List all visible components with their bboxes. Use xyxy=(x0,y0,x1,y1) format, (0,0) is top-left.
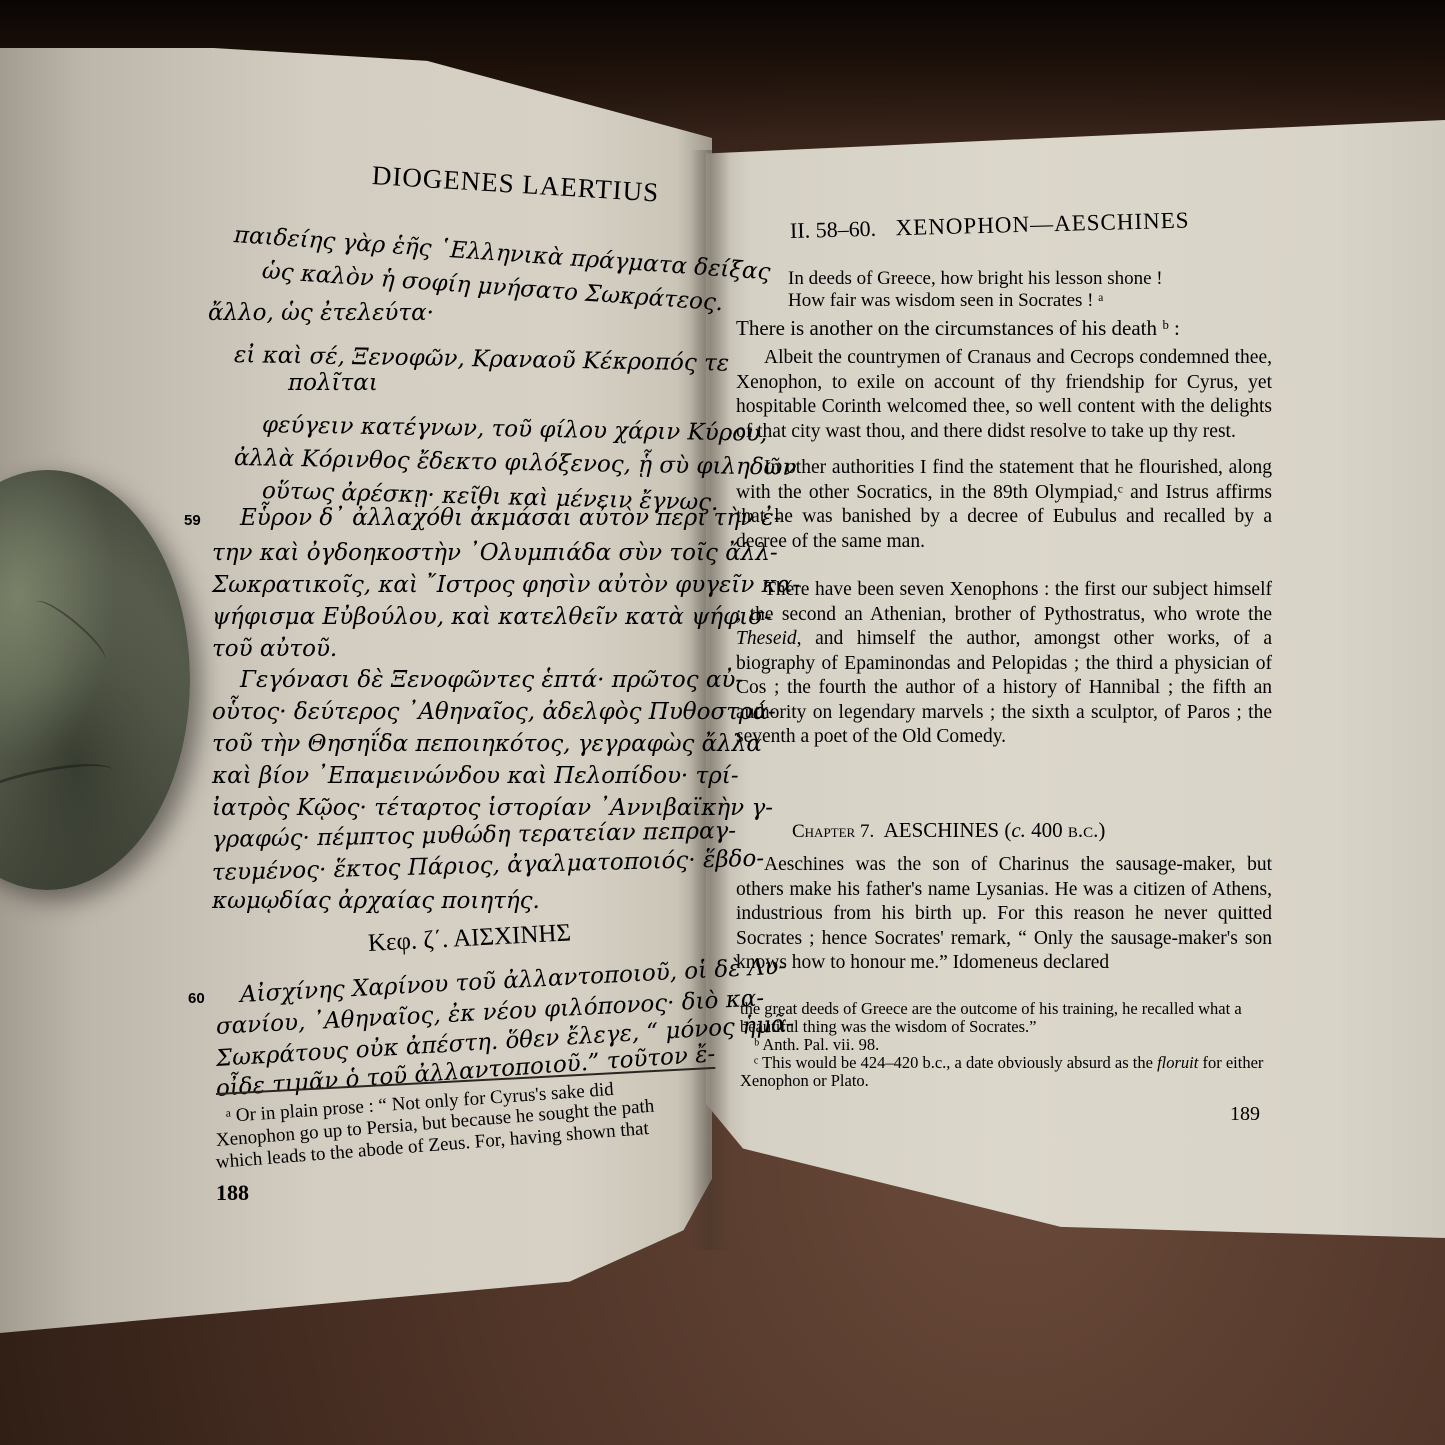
greek-line: την καὶ ὀγδοηκοστὴν ᾿Ολυμπιάδα σὺν τοῖς … xyxy=(212,540,778,566)
footnote-continuation: the great deeds of Greece are the outcom… xyxy=(740,1000,1270,1036)
stone-vein xyxy=(28,594,111,669)
epigram-translation: Albeit the countrymen of Cranaus and Cec… xyxy=(736,346,1272,444)
greek-line: ψήφισμα Εὐβούλου, καὶ κατελθεῖν κατὰ ψήφ… xyxy=(212,604,772,630)
verse-line: How fair was wisdom seen in Socrates ! ᵃ xyxy=(788,290,1238,312)
greek-line: ἄλλο, ὡς ἐτελεύτα· xyxy=(208,300,434,326)
term-floruit: floruit xyxy=(1157,1053,1198,1072)
verse-block: In deeds of Greece, how bright his lesso… xyxy=(788,268,1238,312)
greek-line: καὶ βίον ᾿Επαμεινώνδου καὶ Πελοπίδου· τρ… xyxy=(212,763,739,789)
greek-line: τοῦ τὴν Θησηΐδα πεποιηκότος, γεγραφὼς ἄλ… xyxy=(212,731,762,757)
date-value: 400 b.c.) xyxy=(1026,818,1106,842)
verse-line: In deeds of Greece, how bright his lesso… xyxy=(788,268,1238,290)
section-number-59: 59 xyxy=(184,512,201,529)
paragraph-flourished: In other authorities I find the statemen… xyxy=(736,456,1272,554)
footnote-b: ᵇ Anth. Pal. vii. 98. xyxy=(740,1036,1270,1054)
title-theseid: Theseid xyxy=(736,628,797,649)
paragraph-text: Aeschines was the son of Charinus the sa… xyxy=(736,853,1272,976)
chapter-title: AESCHINES xyxy=(884,818,1000,842)
english-chapter-heading: Chapter 7. AESCHINES (c. 400 b.c.) xyxy=(792,818,1105,843)
text-run: , and himself the author, amongst other … xyxy=(736,628,1272,747)
intro-line: There is another on the circumstances of… xyxy=(736,316,1272,341)
greek-line: πολῖται xyxy=(288,370,378,396)
date-circa: c. xyxy=(1011,818,1026,842)
text-run: There have been seven Xenophons : the fi… xyxy=(736,579,1272,625)
paragraph-aeschines: Aeschines was the son of Charinus the sa… xyxy=(736,853,1272,976)
greek-line: οὗτος· δεύτερος ᾿Αθηναῖος, ἀδελφὸς Πυθοσ… xyxy=(212,699,776,725)
section-reference: II. 58–60. xyxy=(790,216,877,243)
epigram-text: Albeit the countrymen of Cranaus and Cec… xyxy=(736,346,1272,444)
left-page-number: 188 xyxy=(216,1180,249,1206)
greek-line: κωμῳδίας ἀρχαίας ποιητής. xyxy=(212,888,540,914)
greek-line: Εὗρον δ᾿ ἀλλαχόθι ἀκμάσαι αὐτὸν περὶ τὴν… xyxy=(240,505,782,531)
text-run: ᶜ This would be 424–420 b.c., a date obv… xyxy=(754,1053,1157,1072)
chapter-label: Chapter 7. xyxy=(792,821,874,842)
greek-line: Σωκρατικοῖς, καὶ ῎Ιστρος φησὶν αὐτὸν φυγ… xyxy=(212,572,800,598)
stone-vein xyxy=(0,755,117,818)
right-footnotes: the great deeds of Greece are the outcom… xyxy=(740,1000,1270,1090)
intro-text: There is another on the circumstances of… xyxy=(736,316,1272,341)
right-page-number: 189 xyxy=(1230,1103,1260,1126)
paragraph-text: There have been seven Xenophons : the fi… xyxy=(736,578,1272,750)
greek-line: τοῦ αὐτοῦ. xyxy=(212,636,337,662)
section-number-60: 60 xyxy=(188,990,205,1007)
footnote-c: ᶜ This would be 424–420 b.c., a date obv… xyxy=(740,1054,1270,1090)
paragraph-seven-xenophons: There have been seven Xenophons : the fi… xyxy=(736,578,1272,750)
greek-line: ἰατρὸς Κῷος· τέταρτος ἱστορίαν ᾿Αννιβαϊκ… xyxy=(212,795,773,821)
paragraph-text: In other authorities I find the statemen… xyxy=(736,456,1272,554)
greek-line: Γεγόνασι δὲ Ξενοφῶντες ἑπτά· πρῶτος αὐ- xyxy=(240,667,743,693)
